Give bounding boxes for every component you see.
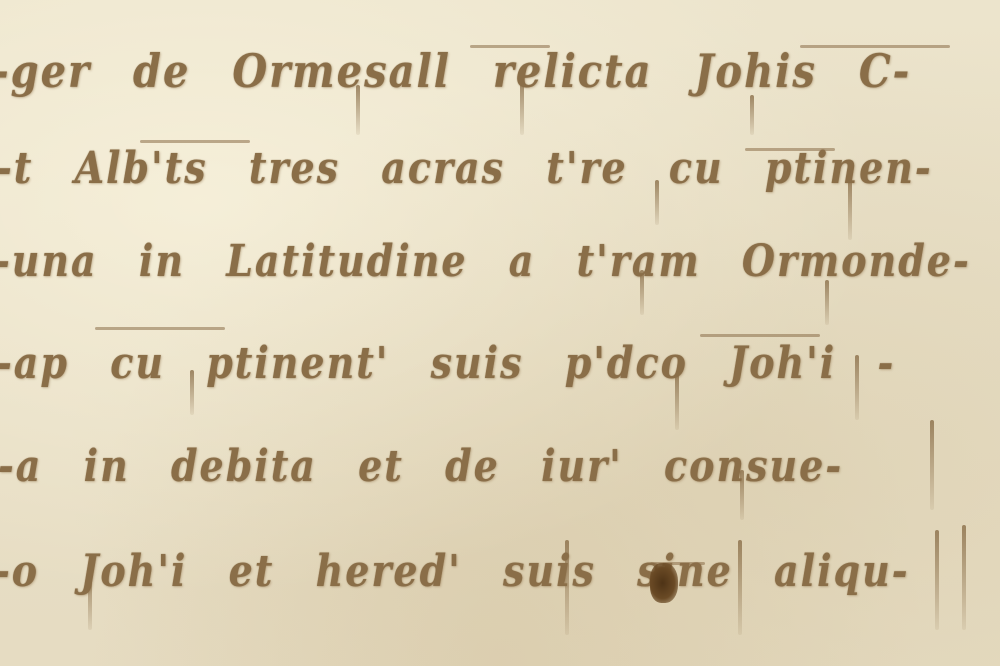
word: suis xyxy=(431,337,524,389)
manuscript-line-3: -una in Latitudine a t'ram Ormonde- xyxy=(0,235,997,287)
word: -o xyxy=(0,545,39,597)
descender-stroke xyxy=(356,85,360,135)
word: debita xyxy=(171,440,317,492)
abbreviation-stroke xyxy=(95,327,225,330)
descender-stroke xyxy=(738,540,742,635)
word: Latitudine xyxy=(226,235,467,287)
word: suis xyxy=(503,545,596,597)
word: a xyxy=(509,235,536,287)
word: p'dco xyxy=(565,337,688,389)
manuscript-line-1: -ger de Ormesall relicta Johis C- xyxy=(0,44,937,98)
descender-stroke xyxy=(855,355,859,420)
word: Johis xyxy=(694,44,816,98)
manuscript-parchment: -ger de Ormesall relicta Johis C- -t Alb… xyxy=(0,0,1000,666)
abbreviation-stroke xyxy=(470,45,550,48)
word: -ap xyxy=(0,337,69,389)
descender-stroke xyxy=(962,525,966,630)
descender-stroke xyxy=(750,95,754,135)
descender-stroke xyxy=(848,180,852,240)
word: et xyxy=(358,440,404,492)
word: de xyxy=(445,440,500,492)
word: Ormonde- xyxy=(742,235,971,287)
ink-blot xyxy=(650,563,678,603)
word: -a xyxy=(0,440,42,492)
word: -una xyxy=(0,235,98,287)
abbreviation-stroke xyxy=(140,140,250,143)
descender-stroke xyxy=(88,570,92,630)
manuscript-line-4: -ap cu ptinent' suis p'dco Joh'i - xyxy=(0,337,921,389)
abbreviation-stroke xyxy=(700,334,820,337)
word: t'ram xyxy=(577,235,701,287)
descender-stroke xyxy=(640,270,644,315)
word: acras xyxy=(381,142,505,194)
word: tres xyxy=(249,142,340,194)
manuscript-line-5: -a in debita et de iur' consue- xyxy=(0,440,869,492)
word: hered' xyxy=(316,545,462,597)
descender-stroke xyxy=(930,420,934,510)
word: in xyxy=(139,235,185,287)
abbreviation-stroke xyxy=(800,45,950,48)
word: - xyxy=(877,337,895,389)
descender-stroke xyxy=(825,280,829,325)
word: cu xyxy=(110,337,165,389)
descender-stroke xyxy=(655,180,659,225)
word: de xyxy=(133,44,190,98)
abbreviation-stroke xyxy=(745,148,835,151)
word: -t xyxy=(0,142,33,194)
word: relicta xyxy=(493,44,653,98)
word: in xyxy=(84,440,130,492)
word: Alb'ts xyxy=(75,142,208,194)
descender-stroke xyxy=(740,470,744,520)
descender-stroke xyxy=(190,370,194,415)
descender-stroke xyxy=(935,530,939,630)
descender-stroke xyxy=(565,540,569,635)
word: C- xyxy=(859,44,911,98)
word: consue- xyxy=(664,440,843,492)
word: Joh'i xyxy=(729,337,836,389)
word: ptinent' xyxy=(206,337,389,389)
word: -ger xyxy=(0,44,91,98)
descender-stroke xyxy=(520,80,524,135)
word: aliqu- xyxy=(774,545,909,597)
word: cu xyxy=(669,142,724,194)
word: Ormesall xyxy=(232,44,451,98)
manuscript-line-6: -o Joh'i et hered' suis sine aliqu- xyxy=(0,545,935,597)
word: t're xyxy=(546,142,627,194)
word: et xyxy=(229,545,275,597)
word: iur' xyxy=(541,440,623,492)
descender-stroke xyxy=(675,375,679,430)
word: Joh'i xyxy=(80,545,187,597)
